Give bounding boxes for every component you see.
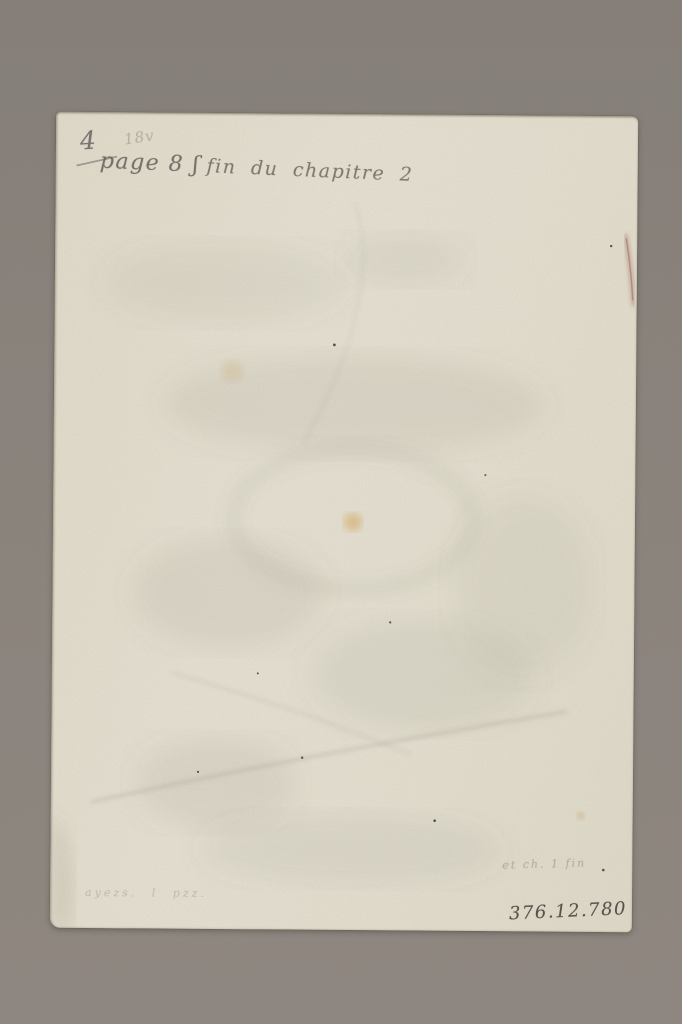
inscription-numeral-4: 4 xyxy=(79,126,97,156)
paper-sheet-verso: 4 18v page 8 ʃ fin du chapitre 2 ayezs. … xyxy=(50,112,638,933)
inscription-folio-note: 18v xyxy=(123,126,156,148)
foxing-spot xyxy=(344,513,362,531)
inscription-chapter-note: page 8 ʃ fin du chapitre 2 xyxy=(99,149,414,187)
inscription-faint-bottom-right: et ch. 1 fin xyxy=(502,856,586,871)
accession-number: 376.12.780 xyxy=(509,898,628,924)
inscription-faint-bottom-left: ayezs. l pzz. xyxy=(85,886,207,900)
oval-show-through xyxy=(232,448,473,590)
inscription-page-number: page 8 ʃ xyxy=(99,149,200,178)
corner-stain xyxy=(50,812,75,928)
dark-specks xyxy=(196,242,612,872)
inscription-chapter-text: fin du chapitre 2 xyxy=(206,155,414,186)
paper-grain xyxy=(50,112,638,933)
underline-stroke xyxy=(76,156,117,167)
photograph-of-paper-verso: 4 18v page 8 ʃ fin du chapitre 2 ayezs. … xyxy=(0,0,682,1024)
diagonal-crease xyxy=(91,708,567,806)
paper-texture-stains xyxy=(50,112,638,933)
red-streak-stain xyxy=(625,234,635,306)
